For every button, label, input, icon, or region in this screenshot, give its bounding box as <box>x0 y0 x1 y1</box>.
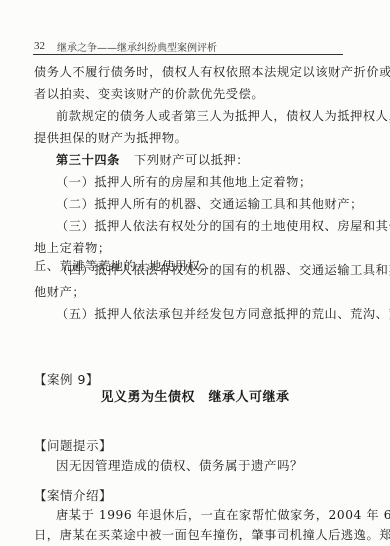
text-line: 提供担保的财产为抵押物。 <box>34 130 346 146</box>
list-item: （三）抵押人依法有权处分的国有的土地使用权、房屋和其他 <box>56 218 346 234</box>
intro-label: 【案情介绍】 <box>34 488 112 504</box>
text-line: 者以拍卖、变卖该财产的价款优先受偿。 <box>34 86 346 102</box>
running-title: 继承之争——继承纠纷典型案例评析 <box>57 39 217 54</box>
intro-line: 唐某于 1996 年退休后，一直在家帮忙做家务，2004 年 6 月 17 <box>56 507 346 523</box>
list-item: （一）抵押人所有的房屋和其他地上定着物； <box>56 174 346 190</box>
list-item-cont: 丘、荒滩等荒地的土地使用权； <box>34 258 346 274</box>
text-line: 前款规定的债务人或者第三人为抵押人，债权人为抵押权人， <box>56 108 346 124</box>
article-label: 第三十四条 <box>56 153 120 167</box>
list-item: （五）抵押人依法承包并经发包方同意抵押的荒山、荒沟、荒 <box>56 306 346 322</box>
page-header: 32 继承之争——继承纠纷典型案例评析 <box>34 38 344 54</box>
question-text: 因无因管理造成的债权、债务属于遗产吗？ <box>56 458 303 474</box>
list-item-cont: 他财产； <box>34 284 346 300</box>
header-rule <box>33 54 343 55</box>
intro-line: 日，唐某在买菜途中被一面包车撞伤，肇事司机撞人后逃逸。郑某 <box>34 527 346 543</box>
text-line: 债务人不履行债务时，债权人有权依照本法规定以该财产折价或 <box>34 64 346 80</box>
question-label: 【问题提示】 <box>34 438 112 454</box>
page-number: 32 <box>34 40 45 52</box>
list-item: （二）抵押人所有的机器、交通运输工具和其他财产； <box>56 196 346 212</box>
list-item-cont: 地上定着物； <box>34 240 346 256</box>
article-34: 第三十四条下列财产可以抵押： <box>56 152 346 168</box>
article-text: 下列财产可以抵押： <box>134 153 249 167</box>
case-title: 见义勇为生债权 继承人可继承 <box>0 386 390 405</box>
